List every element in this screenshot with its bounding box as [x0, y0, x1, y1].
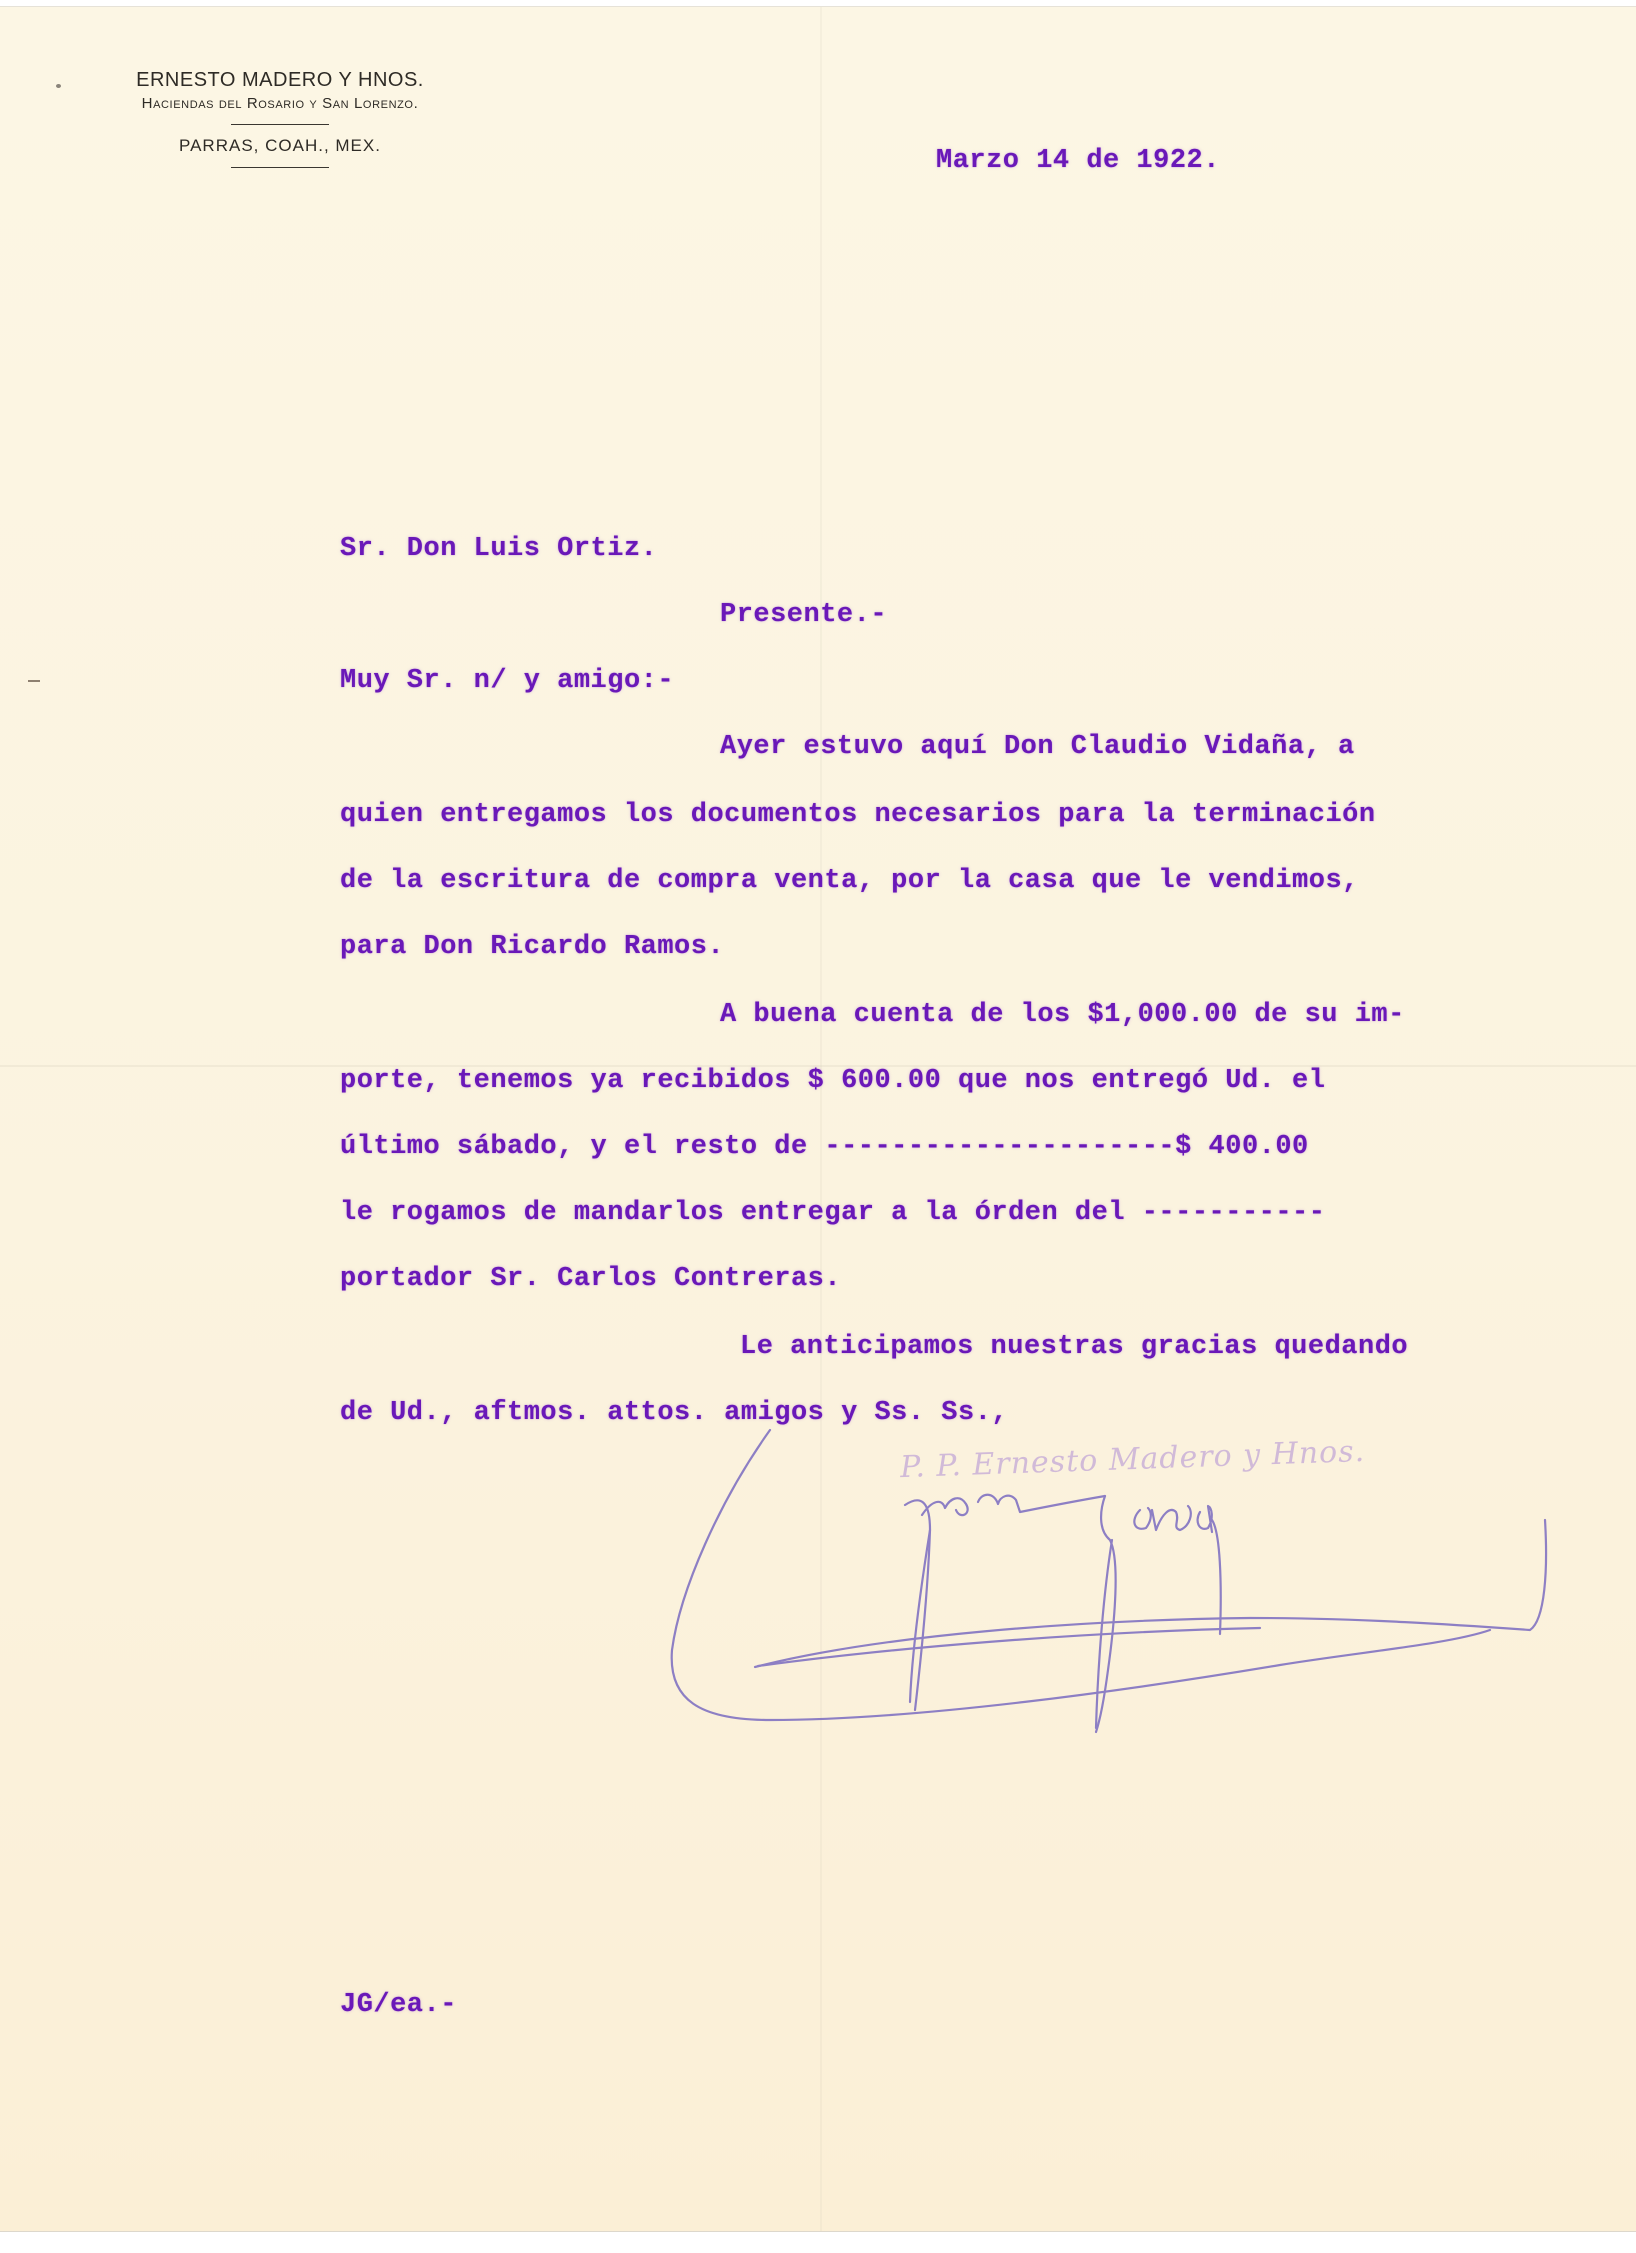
- body-line: le rogamos de mandarlos entregar a la ór…: [340, 1198, 1325, 1228]
- typist-initials: JG/ea.-: [340, 1990, 457, 2020]
- body-line: portador Sr. Carlos Contreras.: [340, 1264, 841, 1294]
- letterhead-company: ERNESTO MADERO Y HNOS.: [60, 68, 500, 92]
- recipient-name: Sr. Don Luis Ortiz.: [340, 534, 657, 564]
- paper-mark: [28, 680, 40, 682]
- letterhead: ERNESTO MADERO Y HNOS. Haciendas del Ros…: [60, 68, 500, 178]
- letterhead-subtitle: Haciendas del Rosario y San Lorenzo.: [60, 94, 500, 114]
- letterhead-city: PARRAS, COAH., MEX.: [60, 135, 500, 157]
- letterhead-divider: [231, 167, 329, 168]
- body-line: Le anticipamos nuestras gracias quedando: [740, 1332, 1408, 1362]
- letterhead-divider: [231, 124, 329, 125]
- body-line: Ayer estuvo aquí Don Claudio Vidaña, a: [720, 732, 1355, 762]
- salutation: Muy Sr. n/ y amigo:-: [340, 666, 674, 696]
- body-line: de la escritura de compra venta, por la …: [340, 866, 1359, 896]
- recipient-location: Presente.-: [720, 600, 887, 630]
- body-line: quien entregamos los documentos necesari…: [340, 800, 1376, 830]
- body-line: porte, tenemos ya recibidos $ 600.00 que…: [340, 1066, 1325, 1096]
- body-line: último sábado, y el resto de -----------…: [340, 1132, 1309, 1162]
- body-line: A buena cuenta de los $1,000.00 de su im…: [720, 1000, 1405, 1030]
- body-line: para Don Ricardo Ramos.: [340, 932, 724, 962]
- handwritten-signature: [660, 1420, 1610, 1740]
- fold-crease-vertical: [820, 7, 822, 2231]
- letter-paper: [0, 6, 1636, 2232]
- letter-date: Marzo 14 de 1922.: [936, 146, 1220, 176]
